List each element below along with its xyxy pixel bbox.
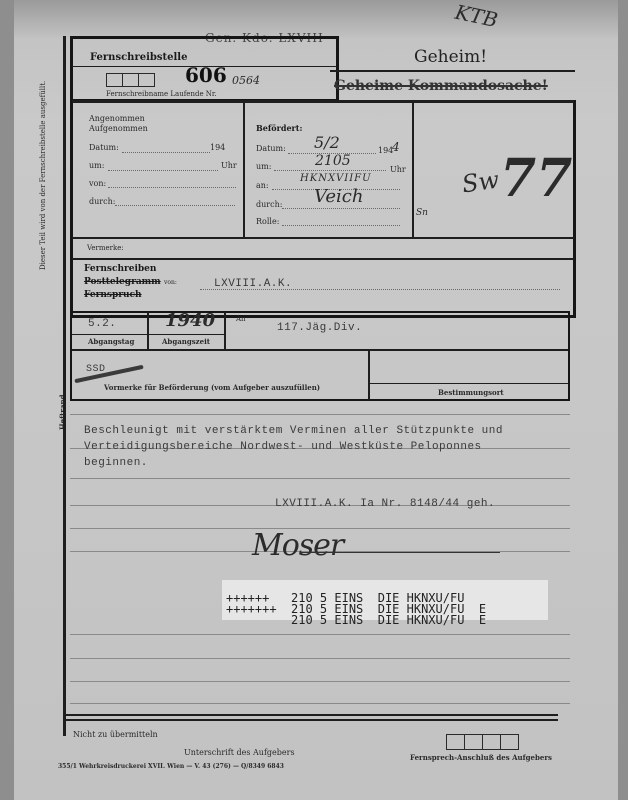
operator-mark: Sn <box>416 208 428 218</box>
ruled-line <box>70 658 570 659</box>
received-label-2: Aufgenommen <box>89 124 148 133</box>
sender-unit: LXVIII.A.K. <box>214 278 292 290</box>
received-date-field[interactable] <box>122 152 210 153</box>
forwarded-to-value: HKNXVIIFU <box>300 173 372 184</box>
received-by-label: durch: <box>89 197 115 206</box>
ruled-line <box>70 634 570 635</box>
divider <box>147 312 149 350</box>
sender-phone-label: Fernsprech-Anschluß des Aufgebers <box>410 753 552 762</box>
received-from-field[interactable] <box>108 187 236 188</box>
received-time-field[interactable] <box>108 170 218 171</box>
serial-number: 0564 <box>232 74 260 87</box>
received-year-prefix: 194 <box>210 143 225 152</box>
type-post-telegram: Posttelegramm <box>84 277 161 287</box>
commander-signature: Moser <box>252 528 343 563</box>
divider <box>330 70 575 72</box>
dispatch-time-label: Abgangszeit <box>162 337 210 346</box>
dispatch-time-value: 1940 <box>165 310 215 331</box>
phone-boxes <box>446 734 518 754</box>
recipient-unit: 117.Jäg.Div. <box>277 322 362 334</box>
dispatch-day-label: Abgangstag <box>88 337 134 346</box>
received-uhr-label: Uhr <box>221 161 237 170</box>
side-note: Dieser Teil wird von der Fernschreibstel… <box>39 81 47 270</box>
divider <box>72 349 568 351</box>
forwarded-time-value: 2105 <box>315 153 351 169</box>
forwarded-label: Befördert: <box>256 123 302 133</box>
forwarded-to-label: an: <box>256 181 269 190</box>
signature-stroke <box>300 552 500 553</box>
not-transmit-label: Nicht zu übermitteln <box>73 730 158 739</box>
ruled-line <box>70 681 570 682</box>
station-label: Fernschreibstelle <box>90 52 187 63</box>
destination-label: Bestimmungsort <box>438 388 504 397</box>
teletype-number-label: Fernschreibname Laufende Nr. <box>106 90 217 98</box>
forwarded-by-field[interactable] <box>282 208 400 209</box>
divider <box>243 103 245 238</box>
divider <box>64 714 558 716</box>
strip-row-3: 210 5 EINS DIE HKNXU/FU E <box>226 613 486 627</box>
message-line-2: Verteidigungsbereiche Nordwest- und West… <box>84 441 482 453</box>
divider <box>370 383 568 384</box>
divider <box>412 103 414 238</box>
type-phone-message: Fernspruch <box>84 290 142 300</box>
received-date-label: Datum: <box>89 143 119 152</box>
forwarded-time-field[interactable] <box>274 170 386 171</box>
recipient-label: An <box>236 315 246 323</box>
divider <box>64 719 558 721</box>
divider <box>224 312 226 350</box>
divider <box>72 237 574 239</box>
classification-struck: Geheime Kommandosache! <box>334 78 548 94</box>
forwarded-role-label: Rolle: <box>256 217 279 226</box>
teletype-number: 606 <box>185 63 227 87</box>
forwarded-by-label: durch: <box>256 200 282 209</box>
operator-number: 77 <box>500 148 572 209</box>
divider <box>72 334 225 335</box>
forwarded-time-label: um: <box>256 162 271 171</box>
ruled-line <box>70 478 570 479</box>
forwarded-year-prefix: 194 <box>378 146 393 155</box>
forwarded-date-label: Datum: <box>256 144 286 153</box>
operator-initials: Sw <box>460 166 501 199</box>
divider <box>72 100 574 103</box>
type-from-label: von: <box>164 279 177 286</box>
forwarded-by-value: Veich <box>314 186 363 207</box>
remarks-label: Vermerke: <box>87 244 124 252</box>
margin-line <box>63 36 66 736</box>
type-teletype: Fernschreiben <box>84 264 156 274</box>
sender-signature-label: Unterschrift des Aufgebers <box>184 748 295 757</box>
ruled-line <box>70 703 570 704</box>
message-line-3: beginnen. <box>84 457 148 469</box>
forwarded-uhr-label: Uhr <box>390 165 406 174</box>
ruled-line <box>70 414 570 415</box>
received-label-1: Angenommen <box>89 114 145 123</box>
message-line-1: Beschleunigt mit verstärktem Verminen al… <box>84 425 503 437</box>
teletype-strip: ++++++ 210 5 EINS DIE HKNXU/FU +++++++ 2… <box>222 580 548 620</box>
received-time-label: um: <box>89 161 104 170</box>
received-by-field[interactable] <box>115 205 235 206</box>
forwarded-year-suffix: 4 <box>392 140 400 154</box>
printer-imprint: 355/1 Wehrkreisdruckerei XVII. Wien — V.… <box>58 763 284 770</box>
classification: Geheim! <box>414 47 487 67</box>
divider <box>72 258 574 260</box>
forwarded-date-value: 5/2 <box>314 133 340 152</box>
divider <box>368 351 370 400</box>
forwarded-role-field[interactable] <box>282 225 400 226</box>
message-reference: LXVIII.A.K. Ia Nr. 8148/44 geh. <box>275 498 495 510</box>
received-from-label: von: <box>89 179 106 188</box>
dispatch-day-value: 5.2. <box>88 318 116 330</box>
priority-label: Vormerke für Beförderung (vom Aufgeber a… <box>104 383 320 392</box>
teletype-boxes <box>106 72 154 91</box>
